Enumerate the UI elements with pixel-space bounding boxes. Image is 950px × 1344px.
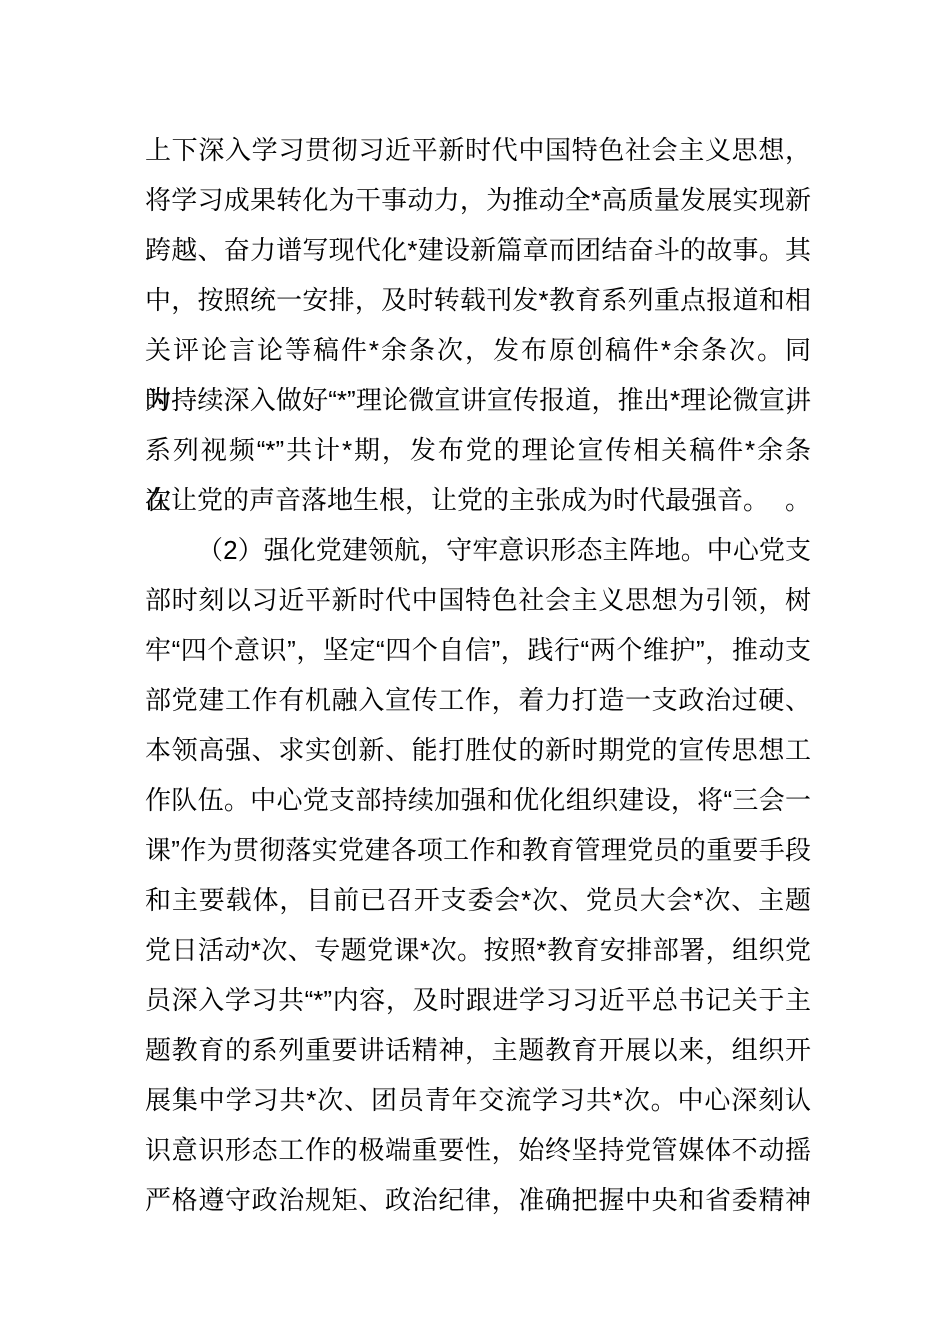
text-line: 题教育的系列重要讲话精神，主题教育开展以来，组织开: [145, 1025, 811, 1075]
text-line: 部时刻以习近平新时代中国特色社会主义思想为引领，树: [145, 575, 811, 625]
text-line: 课”作为贯彻落实党建各项工作和教育管理党员的重要手段: [145, 825, 811, 875]
text-line: 牢“四个意识”，坚定“四个自信”，践行“两个维护”，推动支: [145, 625, 811, 675]
text-line: （2）强化党建领航，守牢意识形态主阵地。中心党支: [145, 525, 811, 575]
text-line: 将学习成果转化为干事动力，为推动全*高质量发展实现新: [145, 175, 811, 225]
text-line: 中，按照统一安排，及时转载刊发*教育系列重点报道和相: [145, 275, 811, 325]
text-line: 关评论言论等稿件*余条次，发布原创稿件*余条次。同时，: [145, 325, 811, 375]
text-line: 作队伍。中心党支部持续加强和优化组织建设，将“三会一: [145, 775, 811, 825]
text-line: 党日活动*次、专题党课*次。按照*教育安排部署，组织党: [145, 925, 811, 975]
text-line: 本领高强、求实创新、能打胜仗的新时期党的宣传思想工: [145, 725, 811, 775]
text-line: 系列视频“*”共计*期，发布党的理论宣传相关稿件*余条次。: [145, 425, 811, 475]
text-line: 在让党的声音落地生根，让党的主张成为时代最强音。: [145, 475, 811, 525]
text-line: 和主要载体，目前已召开支委会*次、党员大会*次、主题: [145, 875, 811, 925]
document-page: 上下深入学习贯彻习近平新时代中国特色社会主义思想，将学习成果转化为干事动力，为推…: [0, 0, 950, 1344]
text-line: 部党建工作有机融入宣传工作，着力打造一支政治过硬、: [145, 675, 811, 725]
text-line: 展集中学习共*次、团员青年交流学习共*次。中心深刻认: [145, 1075, 811, 1125]
text-line: 员深入学习共“*”内容，及时跟进学习习近平总书记关于主: [145, 975, 811, 1025]
text-line: 上下深入学习贯彻习近平新时代中国特色社会主义思想，: [145, 125, 811, 175]
text-line: 为持续深入做好“*”理论微宣讲宣传报道，推出*理论微宣讲: [145, 375, 811, 425]
text-line: 识意识形态工作的极端重要性，始终坚持党管媒体不动摇: [145, 1125, 811, 1175]
text-line: 严格遵守政治规矩、政治纪律，准确把握中央和省委精神: [145, 1175, 811, 1225]
document-text: 上下深入学习贯彻习近平新时代中国特色社会主义思想，将学习成果转化为干事动力，为推…: [145, 125, 811, 1225]
text-line: 跨越、奋力谱写现代化*建设新篇章而团结奋斗的故事。其: [145, 225, 811, 275]
